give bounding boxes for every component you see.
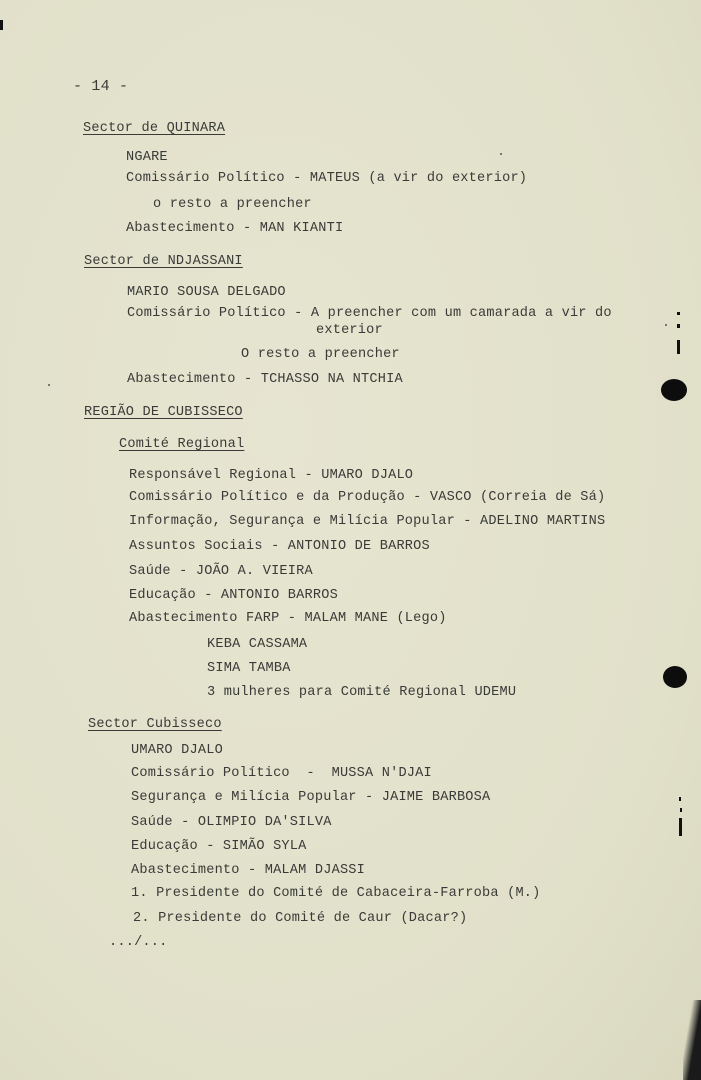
punch-hole — [663, 666, 687, 688]
subheading-comite-regional: Comité Regional — [119, 437, 244, 453]
margin-mark — [677, 340, 680, 354]
ndjassani-line: exterior — [316, 323, 383, 339]
speck — [48, 384, 50, 386]
regional-line: Assuntos Sociais - ANTONIO DE BARROS — [129, 539, 430, 555]
punch-hole — [661, 379, 687, 401]
regional-line: Comissário Político e da Produção - VASC… — [129, 490, 605, 506]
regional-line: Informação, Segurança e Milícia Popular … — [129, 514, 605, 530]
cubisseco-line: Segurança e Milícia Popular - JAIME BARB… — [131, 790, 490, 806]
speck — [500, 153, 502, 155]
regional-line: Abastecimento FARP - MALAM MANE (Lego) — [129, 611, 447, 627]
heading-sector-quinara: Sector de QUINARA — [83, 121, 225, 137]
quinara-line: o resto a preencher — [153, 197, 312, 213]
margin-mark — [679, 797, 681, 801]
ndjassani-line: Comissário Político - A preencher com um… — [127, 306, 612, 322]
ndjassani-line: Abastecimento - TCHASSO NA NTCHIA — [127, 372, 403, 388]
continuation-mark: .../... — [109, 935, 168, 951]
speck — [665, 324, 667, 326]
regional-line: Saúde - JOÃO A. VIEIRA — [129, 564, 313, 580]
heading-sector-ndjassani: Sector de NDJASSANI — [84, 254, 243, 270]
regional-line: Educação - ANTONIO BARROS — [129, 588, 338, 604]
heading-sector-cubisseco: Sector Cubisseco — [88, 717, 222, 733]
margin-mark — [677, 312, 680, 315]
page-edge-shadow — [683, 1000, 701, 1080]
regional-line: Responsável Regional - UMARO DJALO — [129, 468, 413, 484]
margin-mark — [679, 818, 682, 836]
cubisseco-line: Abastecimento - MALAM DJASSI — [131, 863, 365, 879]
heading-regiao-cubisseco: REGIÃO DE CUBISSECO — [84, 405, 243, 421]
margin-mark — [680, 808, 682, 812]
quinara-line: NGARE — [126, 150, 168, 166]
regional-line: 3 mulheres para Comité Regional UDEMU — [207, 685, 516, 701]
quinara-line: Comissário Político - MATEUS (a vir do e… — [126, 171, 527, 187]
document-page: - 14 - Sector de QUINARA NGARE Comissári… — [0, 0, 701, 1080]
ndjassani-line: MARIO SOUSA DELGADO — [127, 285, 286, 301]
page-number: - 14 - — [73, 79, 128, 95]
cubisseco-line: Educação - SIMÃO SYLA — [131, 839, 307, 855]
ndjassani-line: O resto a preencher — [241, 347, 400, 363]
regional-line: SIMA TAMBA — [207, 661, 291, 677]
cubisseco-line: Comissário Político - MUSSA N'DJAI — [131, 766, 432, 782]
margin-mark — [677, 324, 680, 328]
cubisseco-line: 1. Presidente do Comité de Cabaceira-Far… — [131, 886, 541, 902]
cubisseco-line: Saúde - OLIMPIO DA'SILVA — [131, 815, 332, 831]
quinara-line: Abastecimento - MAN KIANTI — [126, 221, 343, 237]
cubisseco-line: 2. Presidente do Comité de Caur (Dacar?) — [133, 911, 467, 927]
margin-mark — [0, 20, 3, 30]
cubisseco-line: UMARO DJALO — [131, 743, 223, 759]
regional-line: KEBA CASSAMA — [207, 637, 307, 653]
